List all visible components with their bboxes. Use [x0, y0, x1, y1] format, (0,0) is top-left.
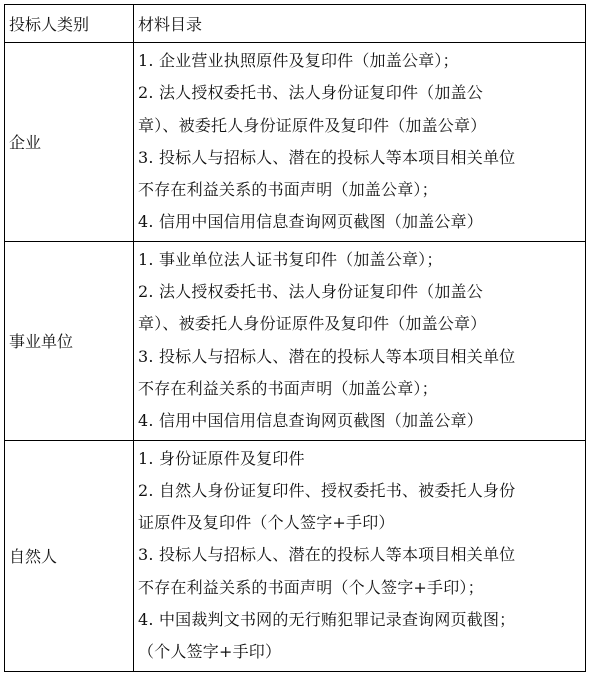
material-line: 不存在利益关系的书面声明（加盖公章）；: [138, 373, 581, 405]
materials-cell: 1. 企业营业执照原件及复印件（加盖公章）； 2. 法人授权委托书、法人身份证复…: [134, 43, 586, 242]
material-line: 3. 投标人与招标人、潜在的投标人等本项目相关单位: [138, 142, 581, 174]
header-materials: 材料目录: [134, 5, 586, 43]
material-line: 1. 事业单位法人证书复印件（加盖公章）；: [138, 244, 581, 276]
category-cell: 自然人: [5, 440, 134, 671]
material-line: 章）、被委托人身份证原件及复印件（加盖公章）: [138, 308, 581, 340]
header-category: 投标人类别: [5, 5, 134, 43]
material-line: 章）、被委托人身份证原件及复印件（加盖公章）: [138, 110, 581, 142]
material-line: 不存在利益关系的书面声明（加盖公章）；: [138, 174, 581, 206]
table-header-row: 投标人类别 材料目录: [5, 5, 586, 43]
material-line: 4. 信用中国信用信息查询网页截图（加盖公章）: [138, 206, 581, 238]
material-line: 3. 投标人与招标人、潜在的投标人等本项目相关单位: [138, 341, 581, 373]
category-cell: 企业: [5, 43, 134, 242]
table-row-enterprise: 企业 1. 企业营业执照原件及复印件（加盖公章）； 2. 法人授权委托书、法人身…: [5, 43, 586, 242]
table-row-institution: 事业单位 1. 事业单位法人证书复印件（加盖公章）； 2. 法人授权委托书、法人…: [5, 241, 586, 440]
material-line: 2. 自然人身份证复印件、授权委托书、被委托人身份: [138, 475, 581, 507]
material-line: 不存在利益关系的书面声明（个人签字+手印）；: [138, 572, 581, 604]
materials-cell: 1. 身份证原件及复印件 2. 自然人身份证复印件、授权委托书、被委托人身份 证…: [134, 440, 586, 671]
category-cell: 事业单位: [5, 241, 134, 440]
material-line: 3. 投标人与招标人、潜在的投标人等本项目相关单位: [138, 539, 581, 571]
materials-cell: 1. 事业单位法人证书复印件（加盖公章）； 2. 法人授权委托书、法人身份证复印…: [134, 241, 586, 440]
material-line: 2. 法人授权委托书、法人身份证复印件（加盖公: [138, 276, 581, 308]
material-line: 2. 法人授权委托书、法人身份证复印件（加盖公: [138, 77, 581, 109]
material-line: 4. 中国裁判文书网的无行贿犯罪记录查询网页截图；: [138, 604, 581, 636]
materials-table: 投标人类别 材料目录 企业 1. 企业营业执照原件及复印件（加盖公章）； 2. …: [4, 4, 586, 672]
table-row-natural-person: 自然人 1. 身份证原件及复印件 2. 自然人身份证复印件、授权委托书、被委托人…: [5, 440, 586, 671]
material-line: 4. 信用中国信用信息查询网页截图（加盖公章）: [138, 405, 581, 437]
material-line: 证原件及复印件（个人签字+手印）: [138, 507, 581, 539]
material-line: 1. 企业营业执照原件及复印件（加盖公章）；: [138, 45, 581, 77]
material-line: （个人签字+手印）: [138, 636, 581, 668]
material-line: 1. 身份证原件及复印件: [138, 443, 581, 475]
